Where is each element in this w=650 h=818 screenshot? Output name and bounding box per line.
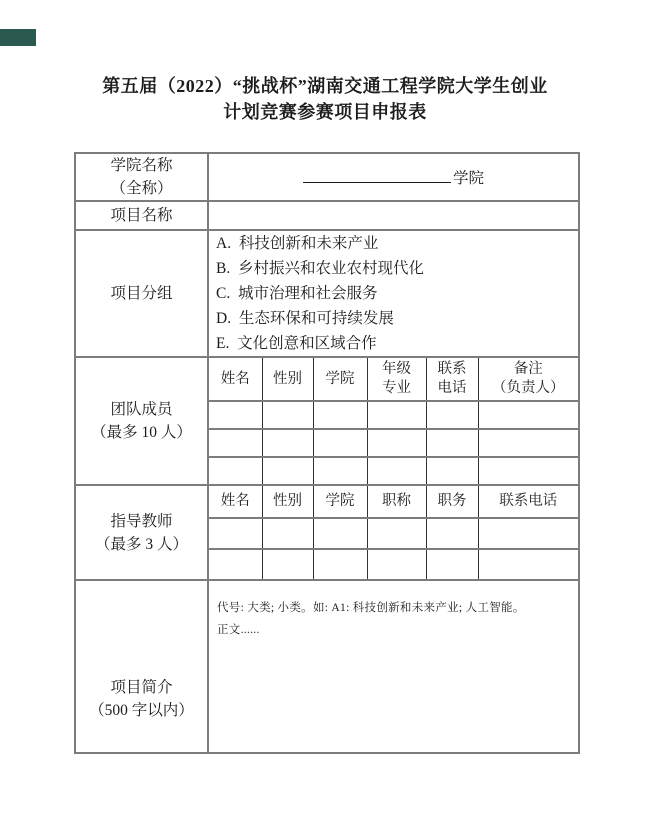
team-header-row: 团队成员 （最多 10 人） 姓名 性别 学院 年级 专业 联系 电话 备注 （… bbox=[75, 357, 579, 401]
team-cell-empty[interactable] bbox=[262, 457, 313, 485]
form-title: 第五届（2022）“挑战杯”湖南交通工程学院大学生创业 计划竞赛参赛项目申报表 bbox=[0, 73, 650, 125]
team-header-phone: 联系 电话 bbox=[426, 357, 478, 401]
college-name-field[interactable]: 学院 bbox=[208, 153, 579, 201]
team-cell-empty[interactable] bbox=[313, 429, 367, 457]
advisors-label: 指导教师 （最多 3 人） bbox=[75, 485, 208, 580]
group-option-a: A. 科技创新和未来产业 bbox=[216, 231, 578, 256]
form-title-line1: 第五届（2022）“挑战杯”湖南交通工程学院大学生创业 bbox=[0, 73, 650, 99]
group-option-c: C. 城市治理和社会服务 bbox=[216, 281, 578, 306]
project-name-field[interactable] bbox=[208, 201, 579, 230]
advisor-cell-empty[interactable] bbox=[208, 518, 262, 549]
team-cell-empty[interactable] bbox=[426, 429, 478, 457]
advisor-cell-empty[interactable] bbox=[313, 518, 367, 549]
advisor-cell-empty[interactable] bbox=[262, 549, 313, 580]
advisor-cell-empty[interactable] bbox=[478, 549, 579, 580]
team-cell-empty[interactable] bbox=[367, 457, 426, 485]
advisor-header-gender: 性别 bbox=[262, 485, 313, 518]
team-cell-empty[interactable] bbox=[313, 457, 367, 485]
advisor-cell-empty[interactable] bbox=[262, 518, 313, 549]
college-name-label: 学院名称 （全称） bbox=[75, 153, 208, 201]
team-cell-empty[interactable] bbox=[208, 429, 262, 457]
team-header-remark: 备注 （负责人） bbox=[478, 357, 579, 401]
project-intro-field[interactable]: 代号: 大类; 小类。如: A1: 科技创新和未来产业; 人工智能。 正文...… bbox=[208, 580, 579, 753]
advisor-cell-empty[interactable] bbox=[426, 549, 478, 580]
team-cell-empty[interactable] bbox=[426, 457, 478, 485]
team-cell-empty[interactable] bbox=[367, 429, 426, 457]
team-header-college: 学院 bbox=[313, 357, 367, 401]
corner-overlay bbox=[0, 29, 36, 46]
college-name-row: 学院名称 （全称） 学院 bbox=[75, 153, 579, 201]
team-header-gender: 性别 bbox=[262, 357, 313, 401]
application-form-table: 学院名称 （全称） 学院 项目名称 项目分组 A. 科技创新和未来产业 B. 乡… bbox=[74, 152, 580, 754]
team-cell-empty[interactable] bbox=[208, 401, 262, 429]
intro-hint-line2: 正文...... bbox=[217, 619, 566, 641]
team-cell-empty[interactable] bbox=[478, 429, 579, 457]
project-group-label: 项目分组 bbox=[75, 230, 208, 357]
college-name-suffix: 学院 bbox=[453, 170, 484, 187]
group-option-d: D. 生态环保和可持续发展 bbox=[216, 306, 578, 331]
project-name-label: 项目名称 bbox=[75, 201, 208, 230]
advisor-header-college: 学院 bbox=[313, 485, 367, 518]
advisor-header-row: 指导教师 （最多 3 人） 姓名 性别 学院 职称 职务 联系电话 bbox=[75, 485, 579, 518]
advisor-header-duty: 职务 bbox=[426, 485, 478, 518]
team-cell-empty[interactable] bbox=[262, 429, 313, 457]
advisor-header-title: 职称 bbox=[367, 485, 426, 518]
project-group-options: A. 科技创新和未来产业 B. 乡村振兴和农业农村现代化 C. 城市治理和社会服… bbox=[208, 230, 579, 357]
advisor-header-name: 姓名 bbox=[208, 485, 262, 518]
advisor-cell-empty[interactable] bbox=[367, 518, 426, 549]
team-cell-empty[interactable] bbox=[208, 457, 262, 485]
advisor-header-phone: 联系电话 bbox=[478, 485, 579, 518]
team-cell-empty[interactable] bbox=[478, 457, 579, 485]
group-option-e: E. 文化创意和区域合作 bbox=[216, 331, 578, 356]
project-intro-row: 项目简介 （500 字以内） 代号: 大类; 小类。如: A1: 科技创新和未来… bbox=[75, 580, 579, 753]
team-cell-empty[interactable] bbox=[478, 401, 579, 429]
group-option-b: B. 乡村振兴和农业农村现代化 bbox=[216, 256, 578, 281]
project-intro-label: 项目简介 （500 字以内） bbox=[75, 580, 208, 753]
college-name-blank-underline[interactable] bbox=[303, 168, 451, 183]
team-members-label: 团队成员 （最多 10 人） bbox=[75, 357, 208, 485]
team-header-grade-major: 年级 专业 bbox=[367, 357, 426, 401]
team-cell-empty[interactable] bbox=[262, 401, 313, 429]
team-header-name: 姓名 bbox=[208, 357, 262, 401]
form-title-line2: 计划竞赛参赛项目申报表 bbox=[0, 99, 650, 125]
advisor-cell-empty[interactable] bbox=[313, 549, 367, 580]
document-page: 第五届（2022）“挑战杯”湖南交通工程学院大学生创业 计划竞赛参赛项目申报表 … bbox=[0, 0, 650, 818]
project-name-row: 项目名称 bbox=[75, 201, 579, 230]
project-group-row: 项目分组 A. 科技创新和未来产业 B. 乡村振兴和农业农村现代化 C. 城市治… bbox=[75, 230, 579, 357]
team-cell-empty[interactable] bbox=[313, 401, 367, 429]
advisor-cell-empty[interactable] bbox=[478, 518, 579, 549]
intro-hint-line1: 代号: 大类; 小类。如: A1: 科技创新和未来产业; 人工智能。 bbox=[217, 597, 566, 619]
advisor-cell-empty[interactable] bbox=[426, 518, 478, 549]
advisor-cell-empty[interactable] bbox=[367, 549, 426, 580]
team-cell-empty[interactable] bbox=[426, 401, 478, 429]
team-cell-empty[interactable] bbox=[367, 401, 426, 429]
advisor-cell-empty[interactable] bbox=[208, 549, 262, 580]
